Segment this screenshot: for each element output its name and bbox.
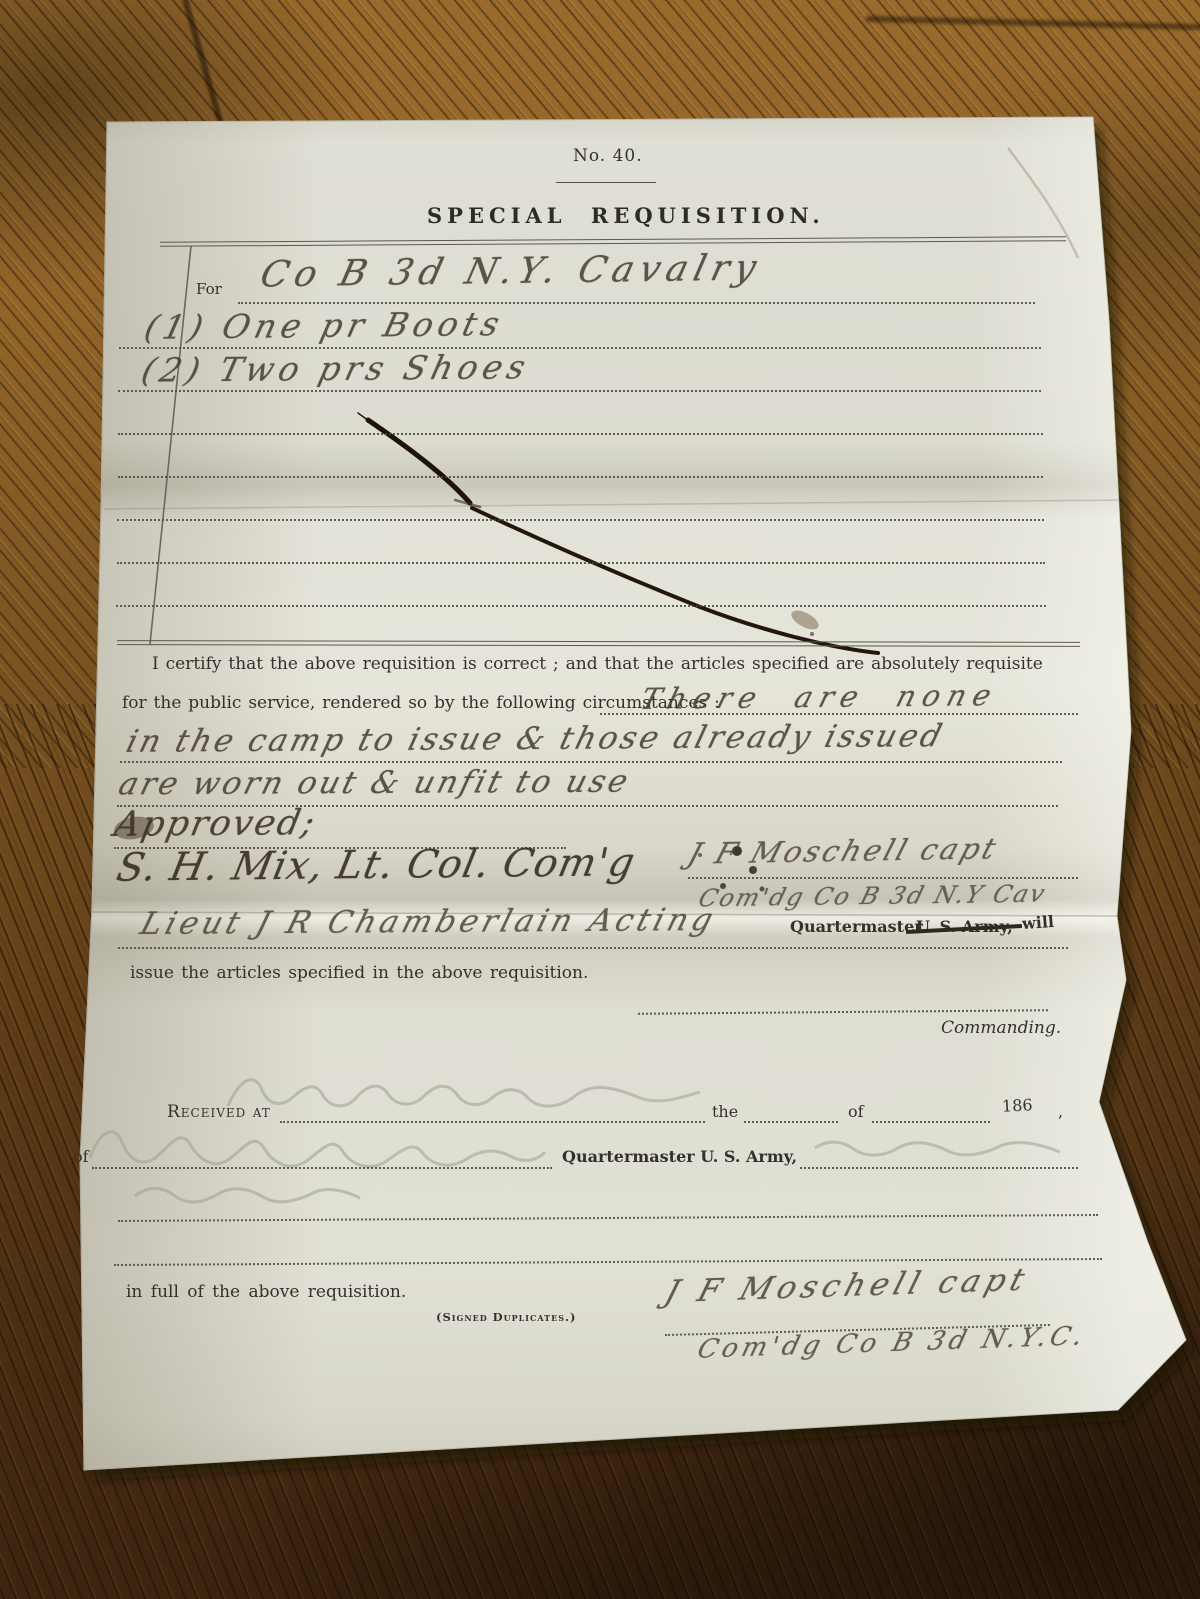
commanding-label: Commanding. (941, 1018, 1061, 1038)
signature-chamberlain: Lieut J R Chamberlain Acting (136, 902, 720, 942)
signature-mix: S. H. Mix, Lt. Col. Com'g (113, 840, 639, 890)
signature-moschell-dotted (688, 876, 1078, 879)
circumstances-dotted-1 (600, 712, 1078, 715)
form-number: No. 40. (573, 146, 643, 166)
requisition-form: No. 40. SPECIAL REQUISITION. For Co B 3d… (0, 0, 1200, 1599)
circumstances-handwriting-3: are worn out & unfit to use (115, 764, 635, 803)
received-extra-dotted (800, 1166, 1078, 1169)
wide-dotted-line-1 (118, 1213, 1098, 1222)
quartermaster-label: Quartermaster (790, 917, 923, 936)
blank-line (117, 561, 1045, 564)
circumstances-handwriting-1: There are none (637, 678, 1002, 716)
received-at-label: Received at (167, 1102, 271, 1122)
received-of-label: of (848, 1102, 864, 1121)
blank-line (117, 518, 1044, 521)
in-full-line: in full of the above requisition. (126, 1282, 406, 1302)
signature-moschell: J F Moschell capt (684, 831, 1003, 870)
quartermaster-will: will (1021, 912, 1054, 933)
certify-line-2: for the public service, rendered so by t… (122, 693, 720, 713)
header-double-rule (160, 236, 1066, 247)
signature-moschell-unit: Com'dg Co B 3d N.Y Cav (696, 880, 1050, 913)
item-dotted-line-1 (119, 346, 1041, 349)
commanding-dotted-line (638, 1008, 1048, 1015)
blank-line (118, 432, 1043, 435)
received-day-dotted (744, 1120, 838, 1123)
for-dotted-line (238, 301, 1035, 304)
for-value-handwriting: Co B 3d N.Y. Cavalry (256, 248, 766, 296)
received-year: 186 (1002, 1095, 1033, 1116)
received-place-dotted (280, 1120, 705, 1123)
blank-line (118, 475, 1043, 478)
circumstances-dotted-2 (120, 760, 1062, 763)
received-year-comma: , (1058, 1102, 1063, 1121)
issue-line: issue the articles specified in the abov… (130, 963, 588, 983)
approved-handwriting: Approved; (111, 803, 320, 845)
item-line-1: (1) One pr Boots (141, 304, 508, 347)
received-of2-label: of (73, 1147, 89, 1166)
form-number-underline (556, 181, 656, 183)
for-label: For (196, 280, 222, 298)
bottom-signature-unit: Com'dg Co B 3d N.Y.C. (694, 1321, 1089, 1364)
item-line-2: (2) Two prs Shoes (138, 347, 534, 389)
quartermaster-dotted-line (118, 946, 1068, 949)
signed-duplicates-label: (Signed Duplicates.) (436, 1310, 576, 1324)
received-month-dotted (872, 1120, 990, 1123)
photo-of-requisition-document: No. 40. SPECIAL REQUISITION. For Co B 3d… (0, 0, 1200, 1599)
blank-line (116, 604, 1046, 607)
item-dotted-line-2 (118, 389, 1041, 392)
certify-line-1: I certify that the above requisition is … (152, 654, 1043, 674)
bottom-signature-name: J F Moschell capt (661, 1262, 1034, 1310)
section-double-rule (117, 640, 1080, 647)
form-title: SPECIAL REQUISITION. (427, 203, 825, 228)
circumstances-handwriting-2: in the camp to issue & those already iss… (123, 718, 949, 760)
received-officer-dotted (92, 1166, 552, 1169)
received-the-label: the (712, 1102, 738, 1121)
quartermaster-usarmy-label: Quartermaster U. S. Army, (562, 1147, 797, 1166)
